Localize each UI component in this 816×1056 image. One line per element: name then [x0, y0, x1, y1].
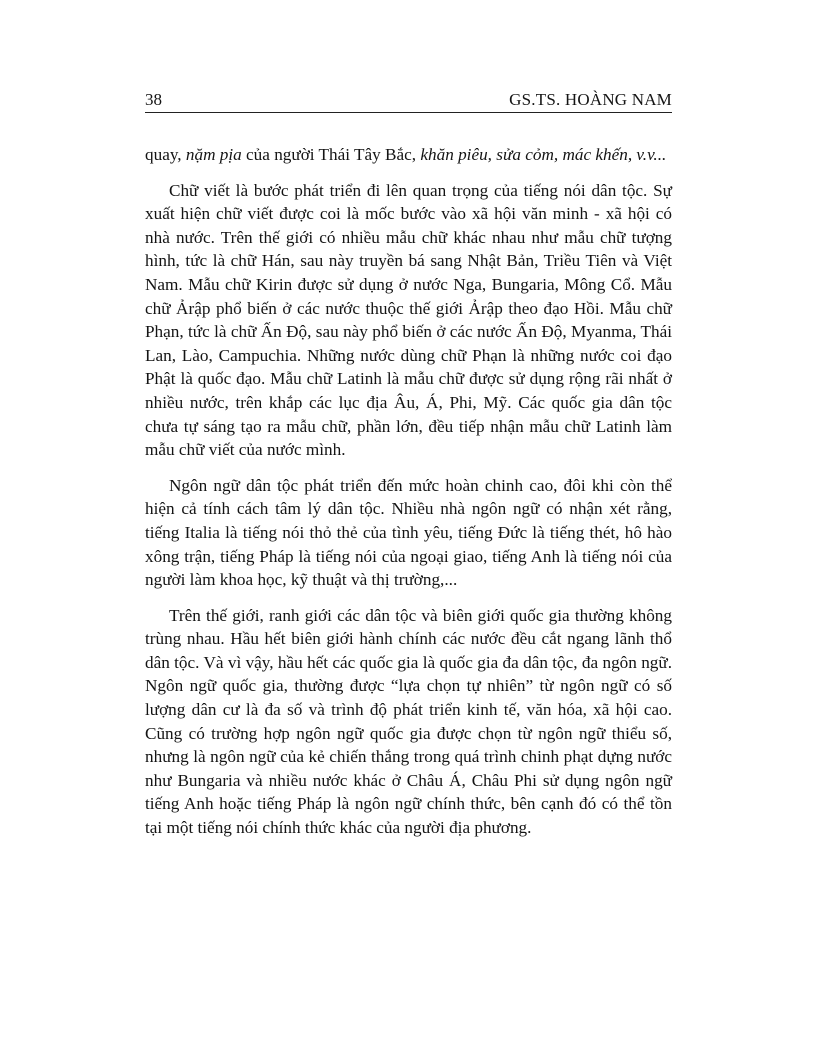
italic-term: nặm pịa	[186, 145, 242, 164]
page-body: quay, nặm pịa của người Thái Tây Bắc, kh…	[145, 143, 672, 852]
italic-term: khăn piêu, sửa cỏm, mác khến, v.v...	[420, 145, 666, 164]
paragraph-continuation: quay, nặm pịa của người Thái Tây Bắc, kh…	[145, 143, 672, 167]
page-number: 38	[145, 90, 162, 110]
running-header: 38 GS.TS. HOÀNG NAM	[145, 90, 672, 113]
paragraph-writing-systems: Chữ viết là bước phát triển đi lên quan …	[145, 179, 672, 462]
text-segment: của người Thái Tây Bắc,	[242, 145, 421, 164]
running-header-author: GS.TS. HOÀNG NAM	[509, 90, 672, 110]
paragraph-national-language: Trên thế giới, ranh giới các dân tộc và …	[145, 604, 672, 840]
text-segment: quay,	[145, 145, 186, 164]
paragraph-language-character: Ngôn ngữ dân tộc phát triển đến mức hoàn…	[145, 474, 672, 592]
